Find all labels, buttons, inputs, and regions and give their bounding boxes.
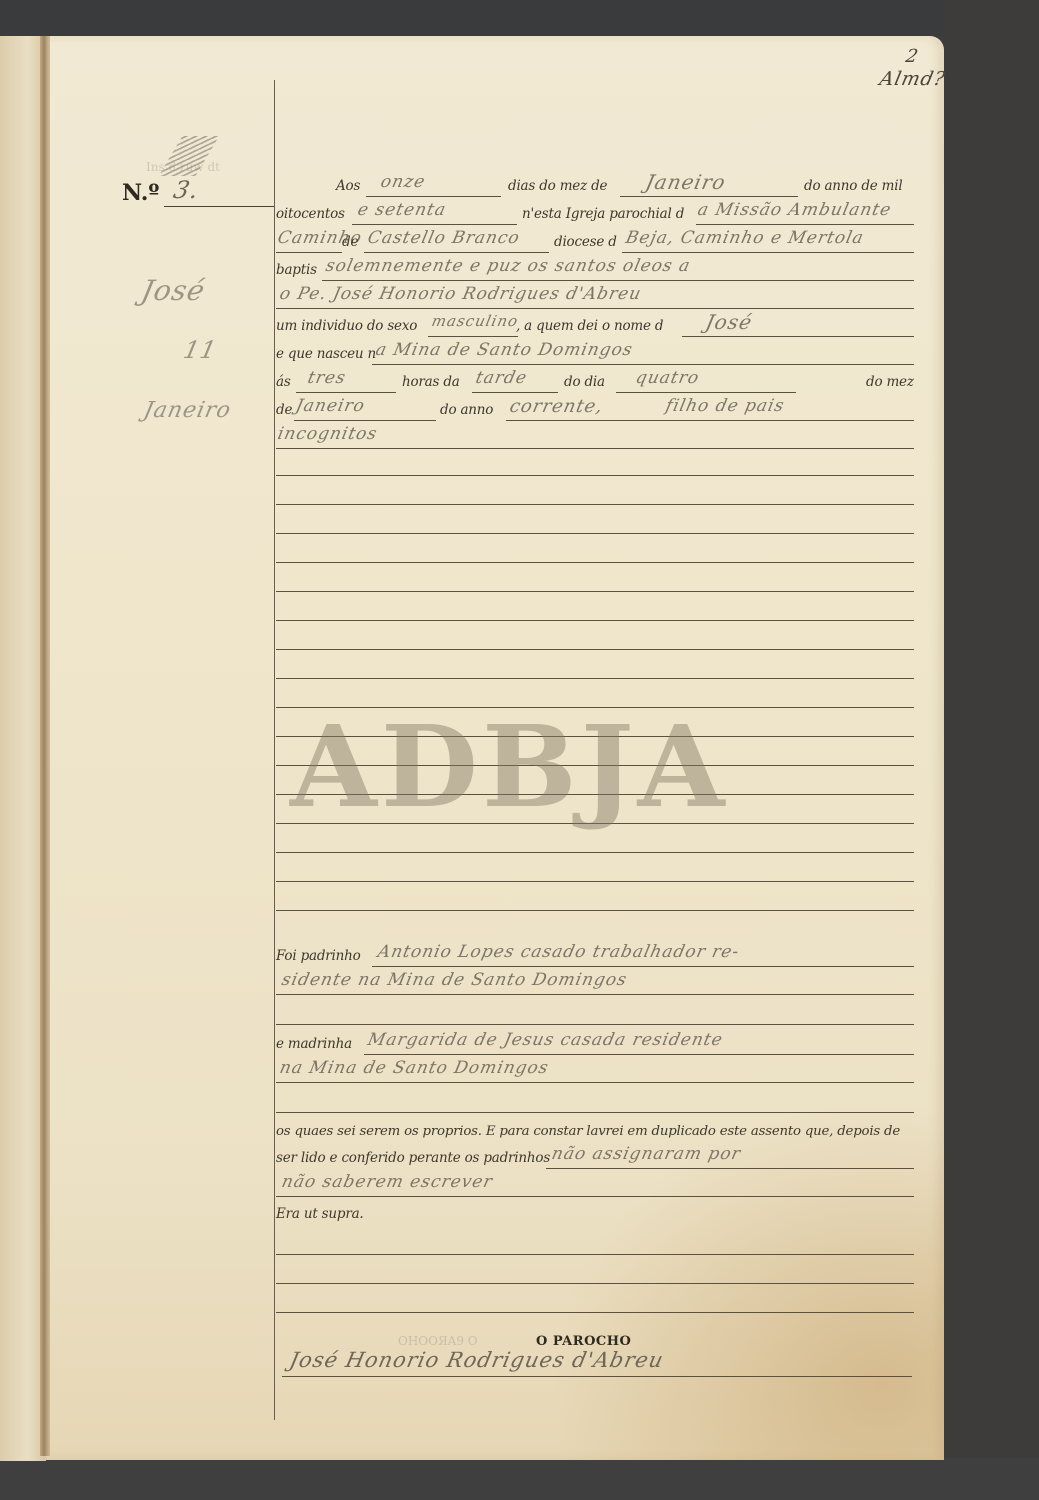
label-era-ut-supra: Era ut supra. — [276, 1206, 364, 1222]
field-dia-nascimento: quatro — [634, 368, 701, 388]
ruled-line — [276, 504, 914, 505]
field-padrinho-1: Antonio Lopes casado trabalhador re- — [376, 942, 741, 962]
field-madrinha-1: Margarida de Jesus casada residente — [366, 1030, 725, 1050]
field-line-freguesia — [276, 252, 342, 253]
field-madrinha-2: na Mina de Santo Domingos — [278, 1058, 551, 1078]
closing-text-2: ser lido e conferido perante os padrinho… — [276, 1150, 550, 1166]
field-line-assinatura-2 — [276, 1196, 914, 1197]
field-assinatura-1: não assignaram por — [550, 1144, 743, 1164]
field-line-assinatura-1 — [546, 1168, 914, 1169]
field-filiacao-2: incognitos — [276, 424, 379, 444]
field-diocese: Beja, Caminho e Mertola — [624, 228, 866, 248]
field-line-local-nascimento — [372, 364, 914, 365]
scan-background-right — [944, 0, 1039, 1500]
field-hora: tres — [306, 368, 348, 388]
field-line-hora — [296, 392, 396, 393]
field-line-padrinho-1 — [372, 966, 914, 967]
label-individuo-sexo: um individuo do sexo — [276, 318, 417, 334]
register-page: 2 Almd? Ins d ruw dt N.º 3. José 11 Jane… — [46, 36, 944, 1460]
label-de: de — [342, 234, 358, 250]
field-line-madrinha-2 — [276, 1082, 914, 1083]
field-mez-nascimento: Janeiro — [294, 396, 367, 416]
ruled-line — [276, 678, 914, 679]
field-periodo: tarde — [474, 368, 529, 388]
ruled-line — [276, 1312, 914, 1313]
label-foi-padrinho: Foi padrinho — [276, 948, 361, 964]
field-dia: onze — [379, 172, 427, 192]
parocho-label: O PAROCHO — [536, 1334, 631, 1349]
ruled-line — [276, 562, 914, 563]
margin-note-month: Janeiro — [141, 398, 233, 423]
label-as: ás — [276, 374, 291, 390]
label-do-mez: do mez — [866, 374, 914, 390]
label-do-dia: do dia — [564, 374, 605, 390]
label-dias-do-mez: dias do mez de — [508, 178, 607, 194]
label-e-que-nasceu: e que nasceu n — [276, 346, 376, 362]
margin-vertical-rule — [274, 80, 275, 1420]
field-line-anno — [352, 224, 517, 225]
signature-line — [282, 1376, 912, 1377]
label-de-2: de — [276, 402, 292, 418]
field-line-madrinha-1 — [364, 1054, 914, 1055]
field-filiacao-1: filho de pais — [664, 396, 787, 416]
scan-background-top — [0, 0, 1039, 36]
field-assinatura-2: não saberem escrever — [280, 1172, 495, 1192]
field-anno: e setenta — [356, 200, 448, 220]
bleed-through-text: OHOOЯA9 O — [398, 1334, 478, 1348]
ruled-line — [276, 533, 914, 534]
ruled-line — [276, 591, 914, 592]
field-line-baptismo-2 — [276, 308, 914, 309]
label-aos: Aos — [336, 178, 360, 194]
ruled-line — [276, 448, 914, 449]
label-a-quem-dei: , a quem dei o nome d — [516, 318, 663, 334]
field-baptismo-2: o Pe. José Honorio Rodrigues d'Abreu — [278, 284, 643, 304]
field-line-dia-nascimento — [616, 392, 796, 393]
entry-number-label: N.º — [122, 180, 159, 206]
bleed-through-text: Ins d ruw dt — [146, 160, 220, 174]
label-e-madrinha: e madrinha — [276, 1036, 352, 1052]
label-baptis: baptis — [276, 262, 317, 278]
label-diocese: diocese d — [554, 234, 617, 250]
ruled-line — [276, 1254, 914, 1255]
field-line-mez-nascimento — [294, 420, 436, 421]
folio-number: 2 — [904, 46, 921, 67]
ruled-line — [276, 881, 914, 882]
field-line-anno-nascimento — [506, 420, 914, 421]
label-horas-da: horas da — [402, 374, 460, 390]
book-spine — [40, 36, 50, 1456]
archive-watermark: ADBJA — [290, 712, 729, 824]
field-local-nascimento: a Mina de Santo Domingos — [374, 340, 635, 360]
margin-note-day: 11 — [181, 336, 219, 364]
ruled-line — [276, 1112, 914, 1113]
ruled-line — [276, 1283, 914, 1284]
field-line-mez — [620, 196, 798, 197]
field-igreja: a Missão Ambulante — [696, 200, 894, 220]
folio-note: Almd? — [878, 68, 948, 90]
label-anno-de-mil: do anno de mil — [804, 178, 902, 194]
field-concelho: Castello Branco — [366, 228, 522, 248]
scan-background-bottom — [0, 1458, 1039, 1500]
field-nome: José — [703, 310, 754, 334]
label-nesta-igreja: n'esta Igreja parochial d — [522, 206, 684, 222]
field-mez: Janeiro — [643, 170, 728, 194]
ruled-line — [276, 852, 914, 853]
field-line-baptismo-1 — [322, 280, 914, 281]
entry-number-underline — [164, 206, 274, 207]
parocho-signature: José Honorio Rodrigues d'Abreu — [287, 1348, 666, 1372]
field-line-sexo — [428, 336, 518, 337]
field-line-nome — [682, 336, 914, 337]
ruled-line — [276, 620, 914, 621]
label-do-anno: do anno — [440, 402, 493, 418]
field-line-igreja — [696, 224, 914, 225]
field-line-periodo — [472, 392, 558, 393]
field-anno-nascimento: corrente, — [508, 396, 605, 417]
ruled-line — [276, 475, 914, 476]
closing-text-1: os quaes sei serem os proprios. E para c… — [276, 1124, 900, 1139]
ruled-line — [276, 649, 914, 650]
field-baptismo-1: solemnemente e puz os santos oleos a — [324, 256, 693, 276]
ruled-line — [276, 910, 914, 911]
field-line-padrinho-2 — [276, 994, 914, 995]
field-padrinho-2: sidente na Mina de Santo Domingos — [280, 970, 629, 990]
field-sexo: masculino — [430, 312, 520, 330]
label-oitocentos: oitocentos — [276, 206, 345, 222]
field-line-diocese — [622, 252, 914, 253]
entry-number: 3. — [171, 176, 202, 204]
field-line-concelho — [364, 252, 549, 253]
margin-note-name: José — [138, 274, 208, 307]
field-line-dia — [366, 196, 501, 197]
ruled-line — [276, 1024, 914, 1025]
